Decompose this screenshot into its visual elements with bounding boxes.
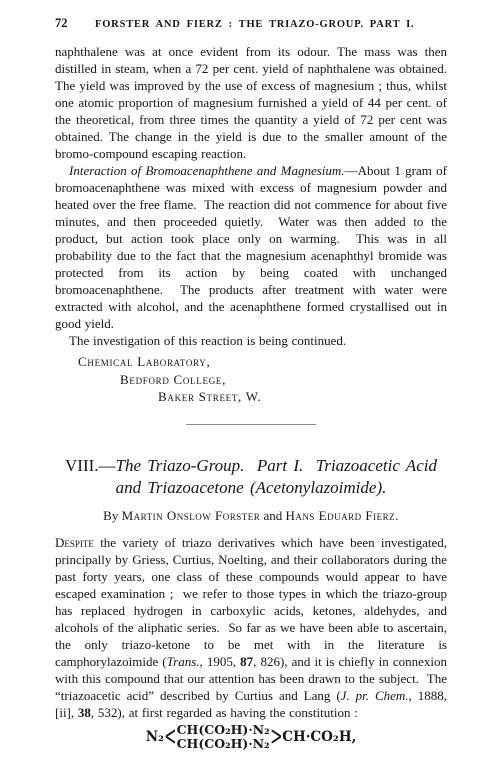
formula-top-row: CH(CO₂H)·N₂ [177, 723, 270, 737]
interaction-heading: Interaction of Bromoacenaphthene and Mag… [69, 163, 345, 178]
lead-word: Despite [55, 535, 94, 550]
byline-by: By [103, 508, 121, 523]
reference-journal-1: Trans. [167, 654, 200, 669]
address-block: Chemical Laboratory, Bedford College, Ba… [55, 353, 447, 406]
interaction-text: —About 1 gram of bromoacenaphthene was m… [55, 163, 451, 331]
paragraph-interaction: Interaction of Bromoacenaphthene and Mag… [55, 162, 447, 332]
running-title: FORSTER AND FIERZ : THE TRIAZO-GROUP. PA… [95, 19, 414, 30]
formula-right-group: CH·CO₂H, [282, 729, 356, 745]
reference-journal-2: J. pr. Chem. [341, 688, 409, 703]
address-line-college: Bedford College, [55, 371, 447, 389]
address-line-laboratory: Chemical Laboratory, [55, 353, 447, 371]
previous-article-end: naphthalene was at once evident from its… [55, 43, 447, 406]
journal-page: 72 FORSTER AND FIERZ : THE TRIAZO-GROUP.… [0, 0, 500, 762]
byline: By Martin Onslow Forster and Hans Eduard… [55, 508, 447, 524]
chemical-formula: N₂ < CH(CO₂H)·N₂ CH(CO₂H)·N₂ > CH·CO₂H, [55, 723, 447, 750]
address-line-street: Baker Street, W. [55, 388, 447, 406]
title-line-1: The Triazo-Group. Part I. Triazoacetic A… [116, 456, 437, 475]
author-2: Hans Eduard Fierz. [286, 508, 399, 523]
formula-bottom-row: CH(CO₂H)·N₂ [177, 737, 270, 751]
close-angle-bracket: > [270, 723, 282, 750]
title-line-2: and Triazoacetone (Acetonylazoimide). [116, 478, 387, 497]
intro-seg-5: , 532), at first regarded as having the … [91, 705, 358, 720]
formula-left-group: N₂ [146, 729, 164, 745]
reference-volume-2: 38 [78, 705, 91, 720]
formula-stack: CH(CO₂H)·N₂ CH(CO₂H)·N₂ [177, 723, 270, 750]
page-number: 72 [55, 16, 95, 31]
author-1: Martin Onslow Forster [122, 508, 261, 523]
byline-and: and [260, 508, 285, 523]
open-angle-bracket: < [164, 723, 176, 750]
intro-paragraph: Despite the variety of triazo derivative… [55, 534, 447, 721]
new-article: VIII.—The Triazo-Group. Part I. Triazoac… [55, 455, 447, 750]
article-title: VIII.—The Triazo-Group. Part I. Triazoac… [55, 455, 447, 499]
section-divider [186, 424, 316, 426]
closing-note: The investigation of this reaction is be… [55, 332, 447, 349]
article-number: VIII.— [65, 456, 116, 475]
paragraph-naphthalene: naphthalene was at once evident from its… [55, 43, 447, 162]
reference-volume-1: 87 [240, 654, 253, 669]
running-header: 72 FORSTER AND FIERZ : THE TRIAZO-GROUP.… [55, 16, 447, 31]
intro-seg-1: the variety of triazo derivatives which … [55, 535, 451, 669]
intro-seg-2: , 1905, [200, 654, 241, 669]
